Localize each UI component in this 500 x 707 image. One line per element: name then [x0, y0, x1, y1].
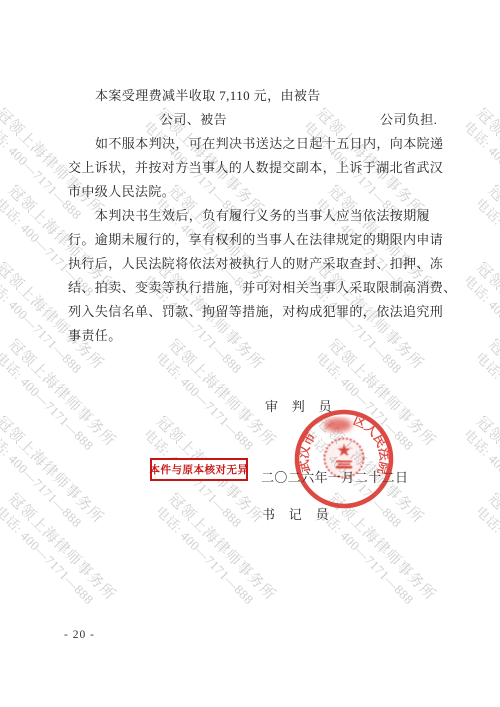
watermark-unit: 冠领上海律师事务所电话: 400—7171—888: [472, 490, 500, 617]
watermark-firm-name: 冠领上海律师事务所: [484, 336, 500, 451]
watermark-unit: 冠领上海律师事务所电话: 400—7171—888: [0, 490, 119, 617]
watermark-unit: 冠领上海律师事务所电话: 400—7171—888: [0, 413, 107, 540]
watermark-firm-name: 冠领上海律师事务所: [472, 105, 500, 220]
watermark-phone: 电话: 400—7171—888: [152, 349, 265, 462]
watermark-phone: 电话: 400—7171—888: [472, 503, 500, 616]
court-seal-stamp: 武汉市 区人民法院: [289, 404, 399, 514]
watermark-firm-name: 冠领上海律师事务所: [4, 336, 119, 451]
watermark-firm-name: 冠领上海律师事务所: [472, 259, 500, 374]
watermark-unit: 冠领上海律师事务所电话: 400—7171—888: [472, 336, 500, 463]
body-line: 本判决书生效后，负有履行义务的当事人应当依法按期履: [95, 205, 430, 224]
watermark-phone: 电话: 400—7171—888: [0, 349, 106, 462]
defendant-line-right: 公司负担.: [380, 109, 437, 128]
watermark-unit: 冠领上海律师事务所电话: 400—7171—888: [460, 105, 500, 232]
watermark-phone: 电话: 400—7171—888: [460, 118, 500, 231]
body-line: 如不服本判决，可在判决书送达之日起十五日内，向本院递: [95, 133, 443, 152]
watermark-unit: 冠领上海律师事务所电话: 400—7171—888: [152, 336, 279, 463]
watermark-phone: 电话: 400—7171—888: [312, 503, 425, 616]
watermark-phone: 电话: 400—7171—888: [460, 272, 500, 385]
watermark-phone: 电话: 400—7171—888: [472, 349, 500, 462]
body-line: 事责任。: [68, 325, 122, 344]
body-line: 列入失信名单、罚款、拘留等措施，对构成犯罪的，依法追究刑: [68, 301, 443, 320]
defendant-line-left: 公司、被告: [160, 109, 227, 128]
page-number: - 20 -: [64, 629, 95, 641]
watermark-firm-name: 冠领上海律师事务所: [484, 182, 500, 297]
verification-stamp-box: 本件与原本核对无异: [150, 458, 248, 481]
clerk-label: 书 记 员: [262, 504, 329, 523]
body-line: 结、拍卖、变卖等执行措施，并可对相关当事人采取限制高消费、: [68, 277, 457, 296]
body-line: 行。逾期未履行的，享有权利的当事人在法律规定的期限内申请: [68, 229, 443, 248]
judgment-date: 二〇二六年一月二十二日: [261, 467, 408, 486]
watermark-unit: 冠领上海律师事务所电话: 400—7171—888: [460, 413, 500, 540]
body-line: 本案受理费减半收取 7,110 元，由被告: [95, 85, 321, 104]
watermark-firm-name: 冠领上海律师事务所: [4, 490, 119, 605]
watermark-firm-name: 冠领上海律师事务所: [0, 413, 107, 528]
watermark-firm-name: 冠领上海律师事务所: [484, 490, 500, 605]
document-page: 冠领上海律师事务所电话: 400—7171—888冠领上海律师事务所电话: 40…: [0, 0, 500, 707]
watermark-phone: 电话: 400—7171—888: [152, 503, 265, 616]
watermark-phone: 电话: 400—7171—888: [0, 426, 94, 539]
watermark-firm-name: 冠领上海律师事务所: [164, 336, 279, 451]
watermark-unit: 冠领上海律师事务所电话: 400—7171—888: [472, 182, 500, 309]
watermark-unit: 冠领上海律师事务所电话: 400—7171—888: [460, 259, 500, 386]
body-line: 执行后，人民法院将依法对被执行人的财产采取查封、扣押、冻: [68, 253, 443, 272]
watermark-phone: 电话: 400—7171—888: [460, 426, 500, 539]
body-line: 市中级人民法院。: [68, 181, 175, 200]
watermark-phone: 电话: 400—7171—888: [472, 195, 500, 308]
watermark-unit: 冠领上海律师事务所电话: 400—7171—888: [0, 336, 119, 463]
seal-redacted-smudge: [324, 418, 352, 432]
watermark-unit: 冠领上海律师事务所电话: 400—7171—888: [152, 490, 279, 617]
watermark-firm-name: 冠领上海律师事务所: [472, 413, 500, 528]
watermark-layer: 冠领上海律师事务所电话: 400—7171—888冠领上海律师事务所电话: 40…: [0, 0, 500, 707]
watermark-phone: 电话: 400—7171—888: [140, 426, 253, 539]
body-line: 交上诉状，并按对方当事人的人数提交副本，上诉于湖北省武汉: [68, 157, 443, 176]
judge-label: 审 判 员: [265, 396, 332, 415]
watermark-phone: 电话: 400—7171—888: [0, 503, 106, 616]
